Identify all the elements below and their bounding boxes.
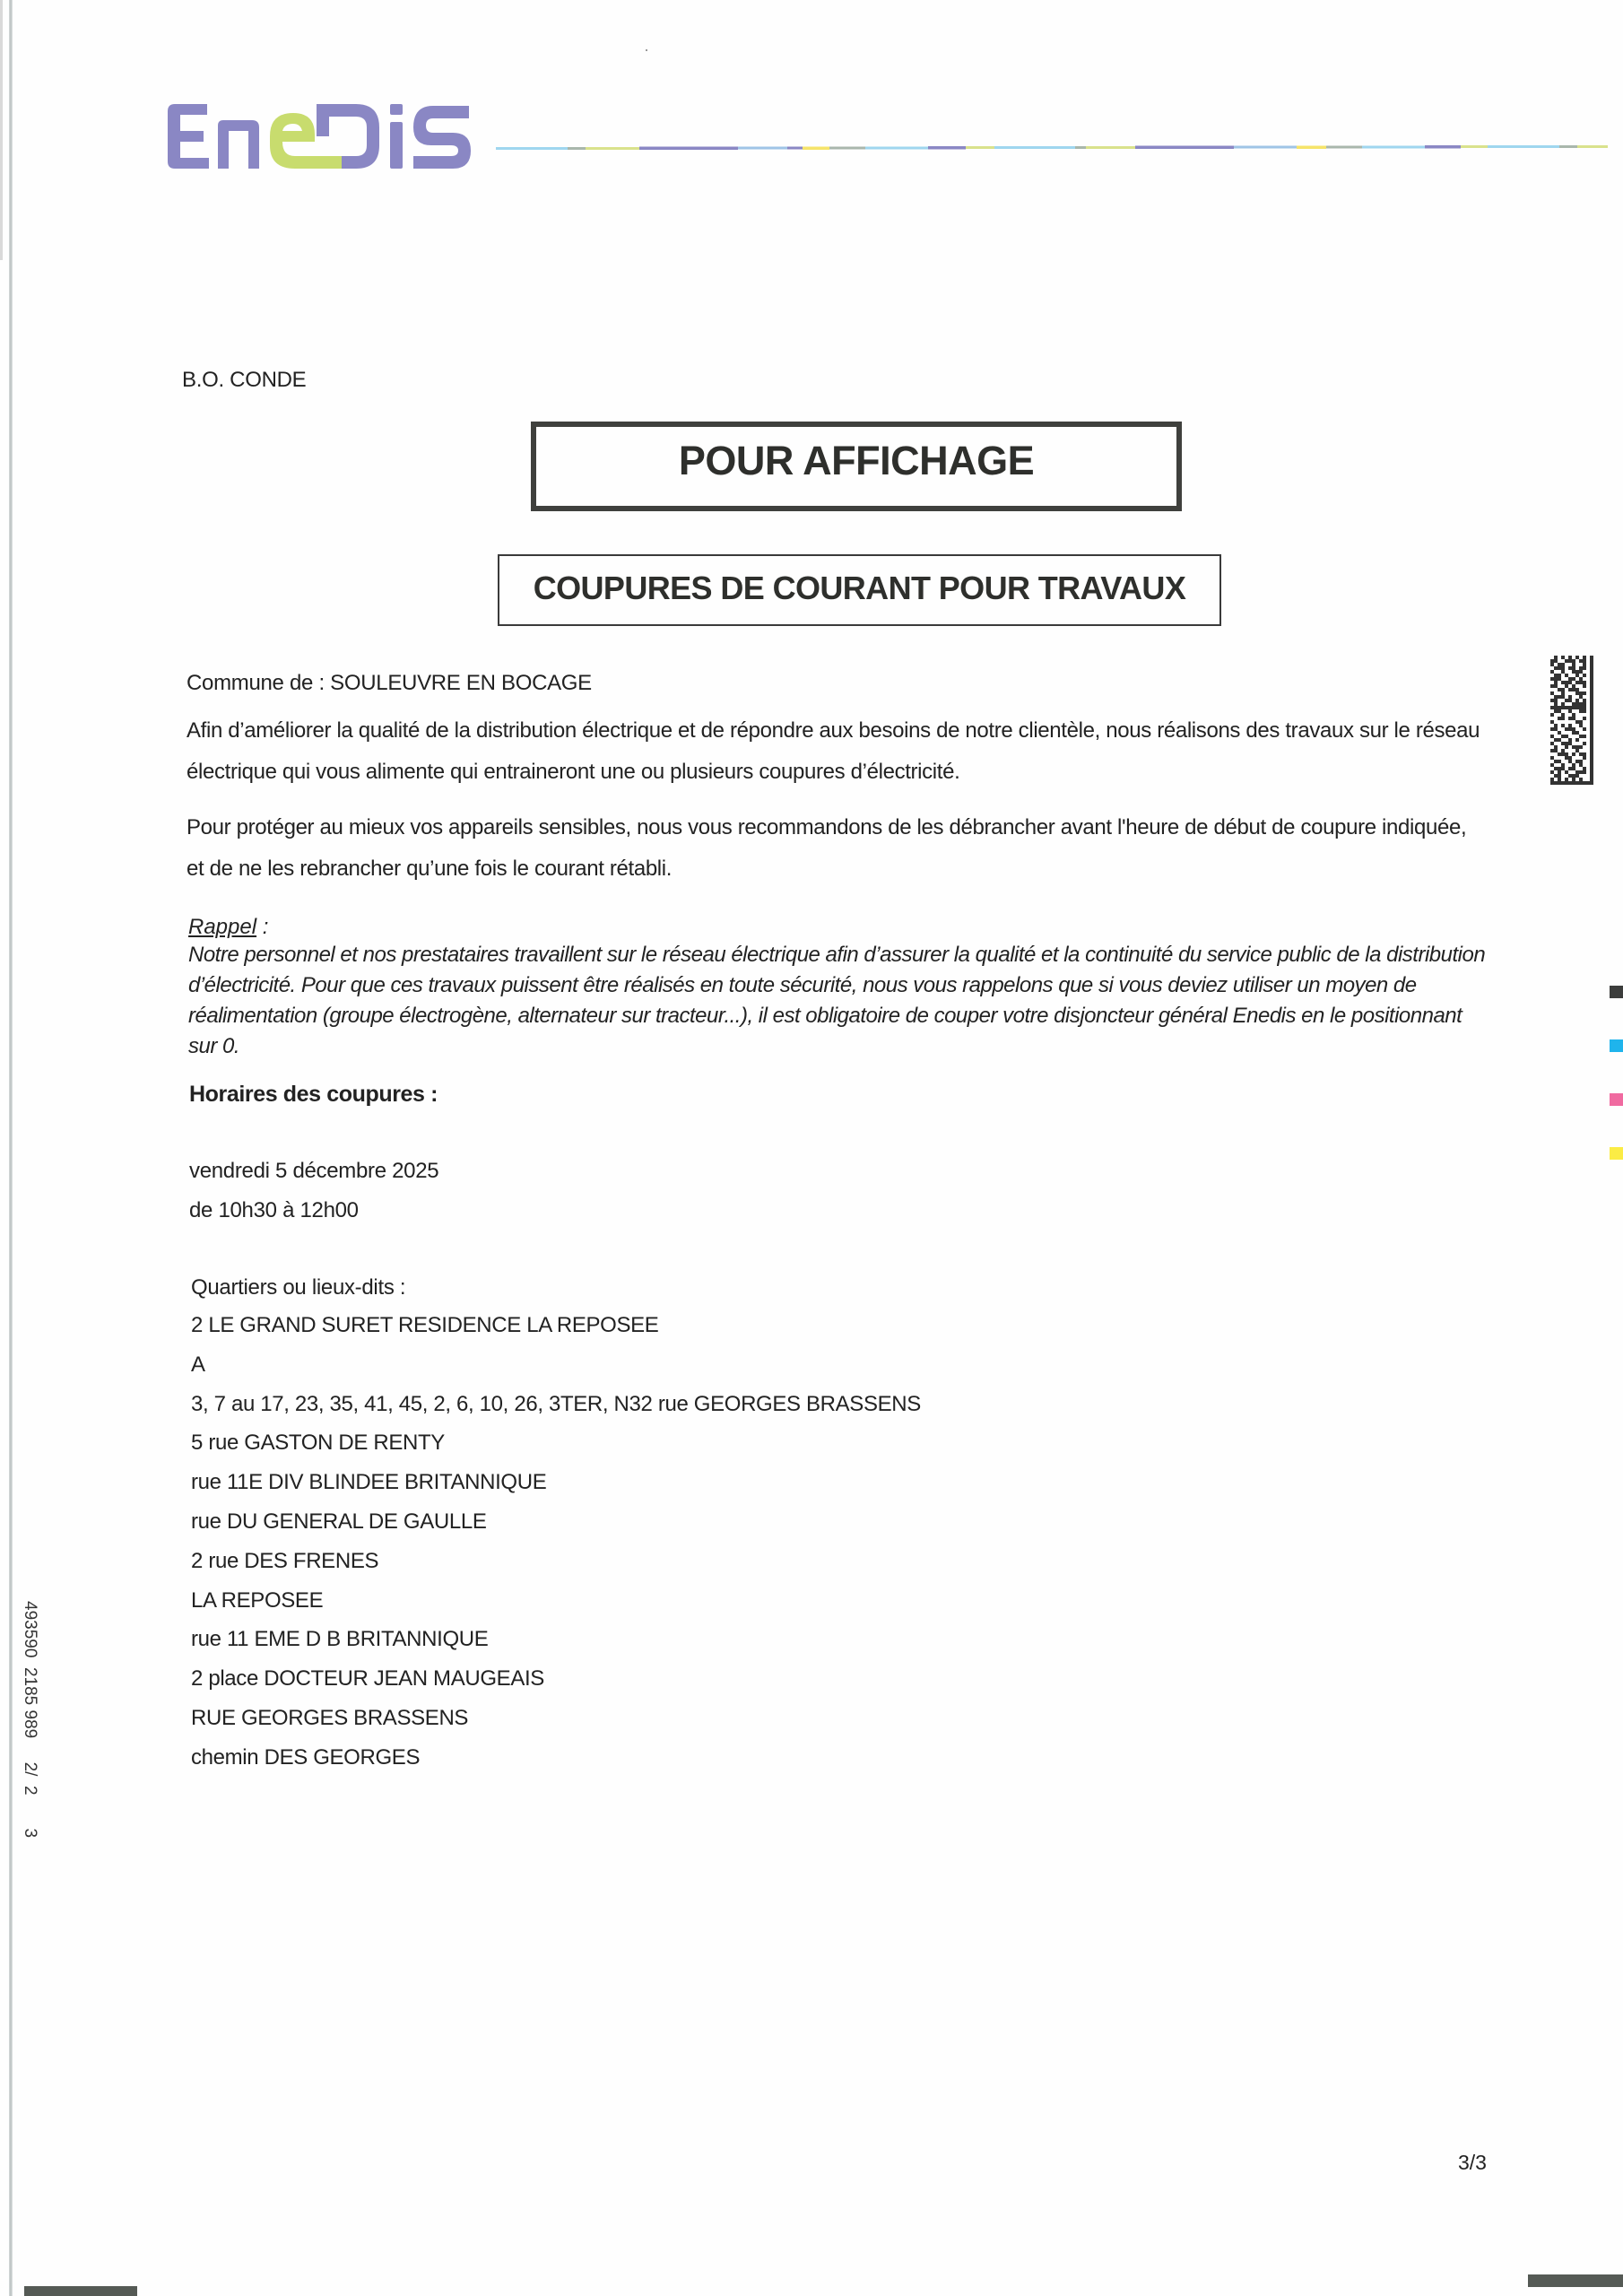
place-item: rue 11 EME D B BRITANNIQUE [191, 1627, 921, 1666]
place-item: LA REPOSEE [191, 1588, 921, 1628]
page-number: 3/3 [1458, 2151, 1487, 2175]
color-mark-yellow [1610, 1147, 1623, 1160]
scan-edge-line-top [0, 0, 3, 260]
place-item: 3, 7 au 17, 23, 35, 41, 45, 2, 6, 10, 26… [191, 1392, 921, 1431]
side-reference-code: 493590 2185 989 2/ 2 3 [16, 1601, 39, 1852]
title-primary: POUR AFFICHAGE [679, 438, 1034, 484]
scan-dust-speck [646, 49, 647, 51]
title-secondary: COUPURES DE COURANT POUR TRAVAUX [534, 570, 1186, 607]
place-item: 2 place DOCTEUR JEAN MAUGEAIS [191, 1666, 921, 1706]
color-mark-magenta [1610, 1093, 1623, 1106]
brand-color-line [496, 144, 1608, 152]
enedis-logo-icon [164, 100, 473, 172]
scan-edge-line [9, 0, 13, 2296]
place-item: rue DU GENERAL DE GAULLE [191, 1509, 921, 1549]
print-mark-bottom-left [24, 2286, 137, 2296]
print-mark-bottom-right [1528, 2274, 1623, 2287]
place-item: A [191, 1352, 921, 1392]
rappel-heading: Rappel : [188, 915, 268, 940]
rappel-colon: : [256, 915, 268, 939]
rappel-paragraph: Notre personnel et nos prestataires trav… [188, 940, 1488, 1062]
outage-date: vendredi 5 décembre 2025 [189, 1159, 438, 1184]
place-item: rue 11E DIV BLINDEE BRITANNIQUE [191, 1470, 921, 1509]
schedule-heading: Horaires des coupures : [189, 1082, 438, 1108]
outage-time: de 10h30 à 12h00 [189, 1198, 359, 1223]
place-item: RUE GEORGES BRASSENS [191, 1706, 921, 1745]
place-item: 2 LE GRAND SURET RESIDENCE LA REPOSEE [191, 1313, 921, 1352]
datamatrix-code-icon [1550, 656, 1593, 785]
place-item: chemin DES GEORGES [191, 1745, 921, 1785]
color-mark-cyan [1610, 1039, 1623, 1052]
title-box-primary: POUR AFFICHAGE [531, 422, 1182, 511]
place-item: 5 rue GASTON DE RENTY [191, 1431, 921, 1470]
commune-line: Commune de : SOULEUVRE EN BOCAGE [187, 671, 592, 696]
color-mark-black [1610, 986, 1623, 998]
title-box-secondary: COUPURES DE COURANT POUR TRAVAUX [498, 554, 1221, 626]
place-item: 2 rue DES FRENES [191, 1549, 921, 1588]
side-reference-text: 493590 2185 989 2/ 2 3 [20, 1601, 39, 1838]
rappel-label: Rappel [188, 915, 256, 939]
places-list: 2 LE GRAND SURET RESIDENCE LA REPOSEE A … [191, 1313, 921, 1785]
places-label: Quartiers ou lieux-dits : [191, 1275, 405, 1300]
advice-paragraph: Pour protéger au mieux vos appareils sen… [187, 807, 1487, 890]
intro-paragraph: Afin d’améliorer la qualité de la distri… [187, 710, 1487, 793]
sender-office: B.O. CONDE [182, 368, 306, 393]
document-page: B.O. CONDE POUR AFFICHAGE COUPURES DE CO… [0, 0, 1623, 2296]
